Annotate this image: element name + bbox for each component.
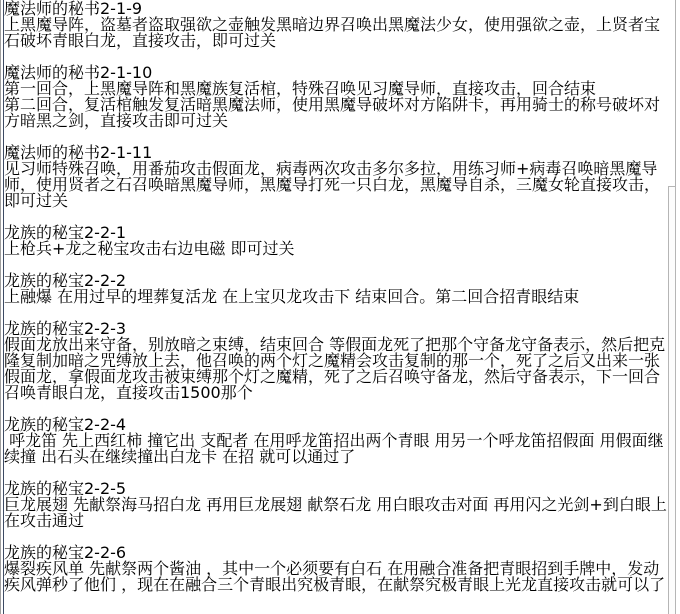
entry-line: 假面龙放出来守备，别放暗之束缚，结束回合 等假面龙死了把那个守备龙守备表示，然后…	[4, 337, 668, 401]
walkthrough-entry: 龙族的秘宝2-2-2 上融爆 在用过早的埋葬复活龙 在上宝贝龙攻击下 结束回合。…	[4, 273, 668, 305]
entry-line: 上融爆 在用过早的埋葬复活龙 在上宝贝龙攻击下 结束回合。第二回合招青眼结束	[4, 289, 668, 305]
entry-line: 爆裂疾风单 先献祭两个酱油 ，其中一个必须要有白石 在用融合准备把青眼招到手牌中…	[4, 561, 668, 593]
entry-line: 上枪兵+龙之秘宝攻击右边电磁 即可过关	[4, 241, 668, 257]
entry-line: 呼龙笛 先上西红柿 撞它出 支配者 在用呼龙笛招出两个青眼 用另一个呼龙笛招假面…	[4, 433, 668, 465]
walkthrough-entry: 龙族的秘宝2-2-3 假面龙放出来守备，别放暗之束缚，结束回合 等假面龙死了把那…	[4, 321, 668, 401]
scrollbar-thumb[interactable]	[668, 186, 676, 614]
text-viewer-window: 魔法师的秘书2-1-9 上黑魔导阵，盗墓者盗取强欲之壶触发黑暗边界召唤出黑魔法少…	[0, 0, 680, 614]
entry-line: 上黑魔导阵，盗墓者盗取强欲之壶触发黑暗边界召唤出黑魔法少女，使用强欲之壶，上贤者…	[4, 17, 668, 49]
walkthrough-entry: 龙族的秘宝2-2-4 呼龙笛 先上西红柿 撞它出 支配者 在用呼龙笛招出两个青眼…	[4, 417, 668, 465]
entry-line: 巨龙展翅 先献祭海马招白龙 再用巨龙展翅 献祭石龙 用白眼攻击对面 再用闪之光剑…	[4, 497, 668, 529]
walkthrough-entry: 魔法师的秘书2-1-11 见习师特殊召唤，用番茄攻击假面龙，病毒两次攻击多尔多拉…	[4, 145, 668, 209]
walkthrough-entry: 龙族的秘宝2-2-1 上枪兵+龙之秘宝攻击右边电磁 即可过关	[4, 225, 668, 257]
walkthrough-entry: 魔法师的秘书2-1-10 第一回合，上黑魔导阵和黑魔族复活棺，特殊召唤见习魔导师…	[4, 65, 668, 129]
walkthrough-entry: 龙族的秘宝2-2-5 巨龙展翅 先献祭海马招白龙 再用巨龙展翅 献祭石龙 用白眼…	[4, 481, 668, 529]
walkthrough-entry: 魔法师的秘书2-1-9 上黑魔导阵，盗墓者盗取强欲之壶触发黑暗边界召唤出黑魔法少…	[4, 1, 668, 49]
document-text-area[interactable]: 魔法师的秘书2-1-9 上黑魔导阵，盗墓者盗取强欲之壶触发黑暗边界召唤出黑魔法少…	[4, 1, 668, 593]
entry-line: 第二回合，复活棺触发复活暗黑魔法师，使用黑魔导破坏对方陷阱卡，再用骑士的称号破坏…	[4, 97, 668, 129]
entry-line: 见习师特殊召唤，用番茄攻击假面龙，病毒两次攻击多尔多拉，用练习师+病毒召唤暗黑魔…	[4, 161, 668, 209]
walkthrough-entry: 龙族的秘宝2-2-6 爆裂疾风单 先献祭两个酱油 ，其中一个必须要有白石 在用融…	[4, 545, 668, 593]
